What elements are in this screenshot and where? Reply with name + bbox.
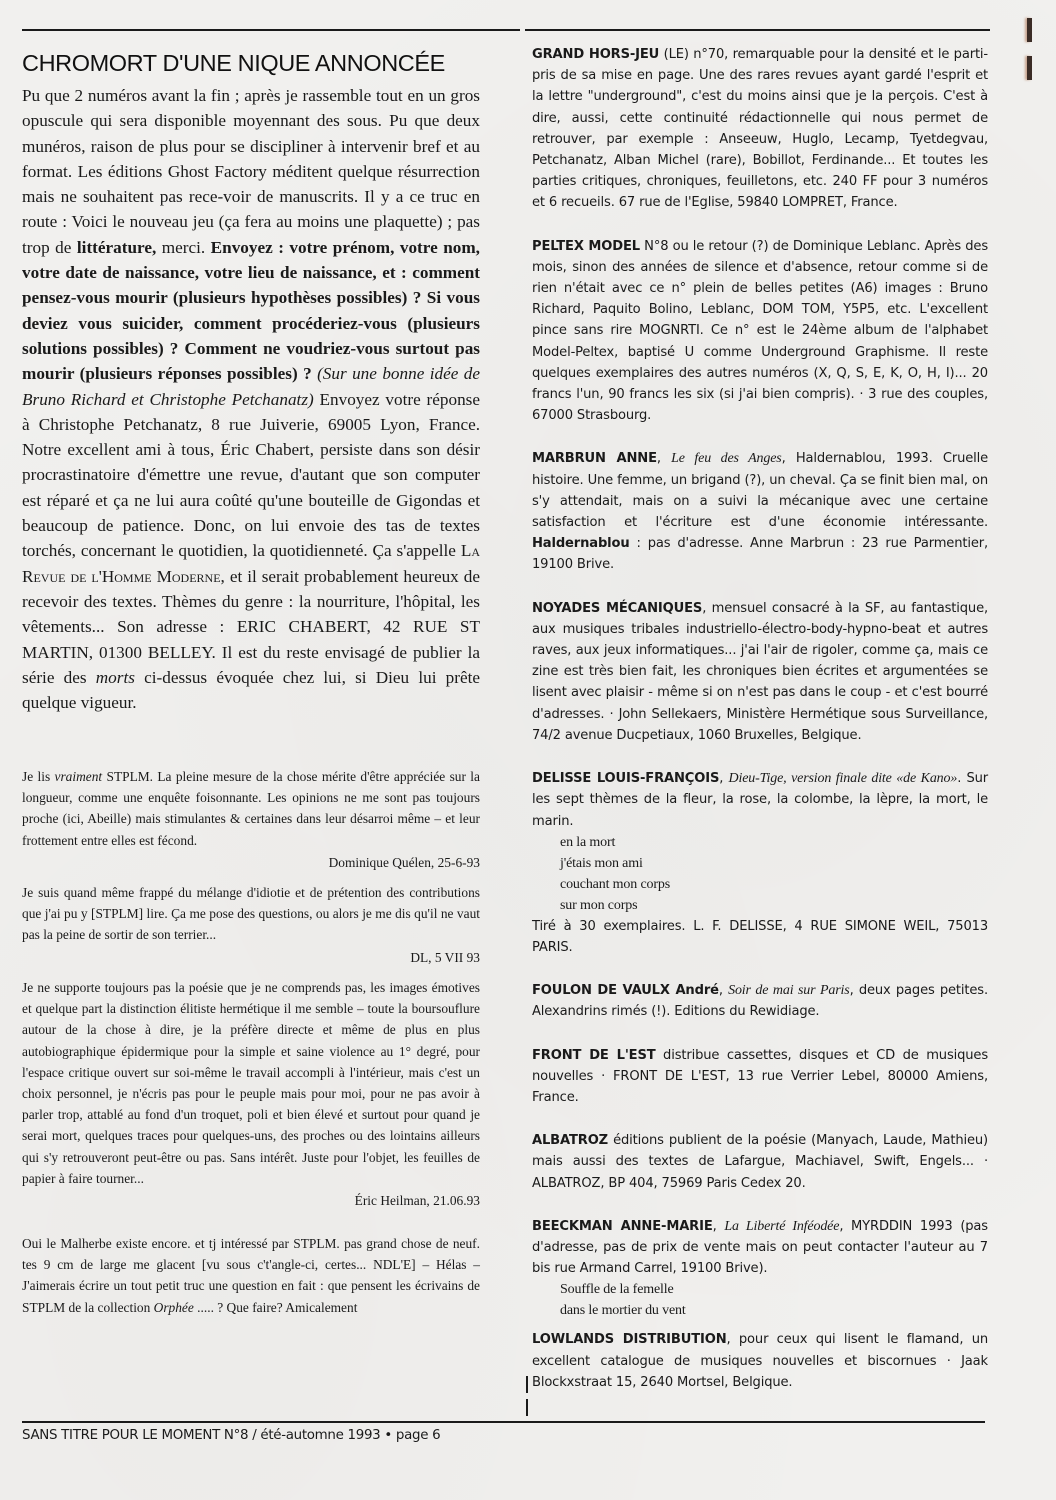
review-entry: FRONT DE L'EST distribue cassettes, disq… [532, 1045, 988, 1109]
top-rule-right [525, 29, 990, 31]
review-entry: MARBRUN ANNE, Le feu des Anges, Halderna… [532, 448, 988, 575]
review-entry: GRAND HORS-JEU (LE) n°70, remarquable po… [532, 44, 988, 214]
review-title: BEECKMAN ANNE-MARIE [532, 1219, 713, 1234]
reader-letter: Je suis quand même frappé du mélange d'i… [22, 882, 480, 968]
review-entry: BEECKMAN ANNE-MARIE, La Liberté Inféodée… [532, 1216, 988, 1322]
review-title: FRONT DE L'EST [532, 1048, 656, 1063]
page-footer: SANS TITRE POUR LE MOMENT N°8 / été-auto… [22, 1428, 440, 1443]
review-title: FOULON DE VAULX André [532, 983, 719, 998]
review-entry: PELTEX MODEL N°8 ou le retour (?) de Dom… [532, 236, 988, 427]
review-title: MARBRUN ANNE [532, 451, 657, 466]
reader-letter: Je ne supporte toujours pas la poésie qu… [22, 977, 480, 1211]
binding-mark [1027, 56, 1032, 80]
call-for-submissions: Envoyez : votre prénom, votre nom, votre… [22, 238, 480, 383]
review-title: LOWLANDS DISTRIBUTION [532, 1332, 727, 1347]
binding-mark [1027, 18, 1032, 42]
column-marker [526, 1376, 528, 1393]
reader-letter: Je lis vraiment STPLM. La pleine mesure … [22, 766, 480, 873]
poem-excerpt: en la mort j'étais mon ami couchant mon … [532, 832, 988, 916]
letter-signature: DL, 5 VII 93 [22, 947, 480, 968]
letter-signature: Éric Heilman, 21.06.93 [22, 1190, 480, 1211]
review-entry: LOWLANDS DISTRIBUTION, pour ceux qui lis… [532, 1329, 988, 1393]
letter-signature: Dominique Quélen, 25-6-93 [22, 852, 480, 873]
review-title: ALBATROZ [532, 1133, 608, 1148]
review-title: PELTEX MODEL [532, 239, 640, 254]
reader-letter: Oui le Malherbe existe encore. et tj int… [22, 1233, 480, 1318]
article-body: Pu que 2 numéros avant la fin ; après je… [22, 83, 480, 715]
review-title: GRAND HORS-JEU [532, 47, 659, 62]
reviews-column: GRAND HORS-JEU (LE) n°70, remarquable po… [532, 44, 988, 1415]
article: CHROMORT D'UNE NIQUE ANNONCÉE Pu que 2 n… [22, 50, 480, 715]
review-title: NOYADES MÉCANIQUES [532, 601, 702, 616]
article-headline: CHROMORT D'UNE NIQUE ANNONCÉE [22, 50, 480, 77]
bottom-rule [22, 1421, 985, 1423]
review-title: DELISSE LOUIS-FRANÇOIS [532, 771, 719, 786]
review-entry: ALBATROZ éditions publient de la poésie … [532, 1130, 988, 1194]
review-entry: FOULON DE VAULX André, Soir de mai sur P… [532, 980, 988, 1022]
review-entry: DELISSE LOUIS-FRANÇOIS, Dieu-Tige, versi… [532, 768, 988, 958]
review-entry: NOYADES MÉCANIQUES, mensuel consacré à l… [532, 598, 988, 746]
poem-excerpt: Souffle de la femelle dans le mortier du… [532, 1279, 988, 1321]
column-marker [526, 1399, 528, 1416]
top-rule-left [22, 29, 520, 31]
